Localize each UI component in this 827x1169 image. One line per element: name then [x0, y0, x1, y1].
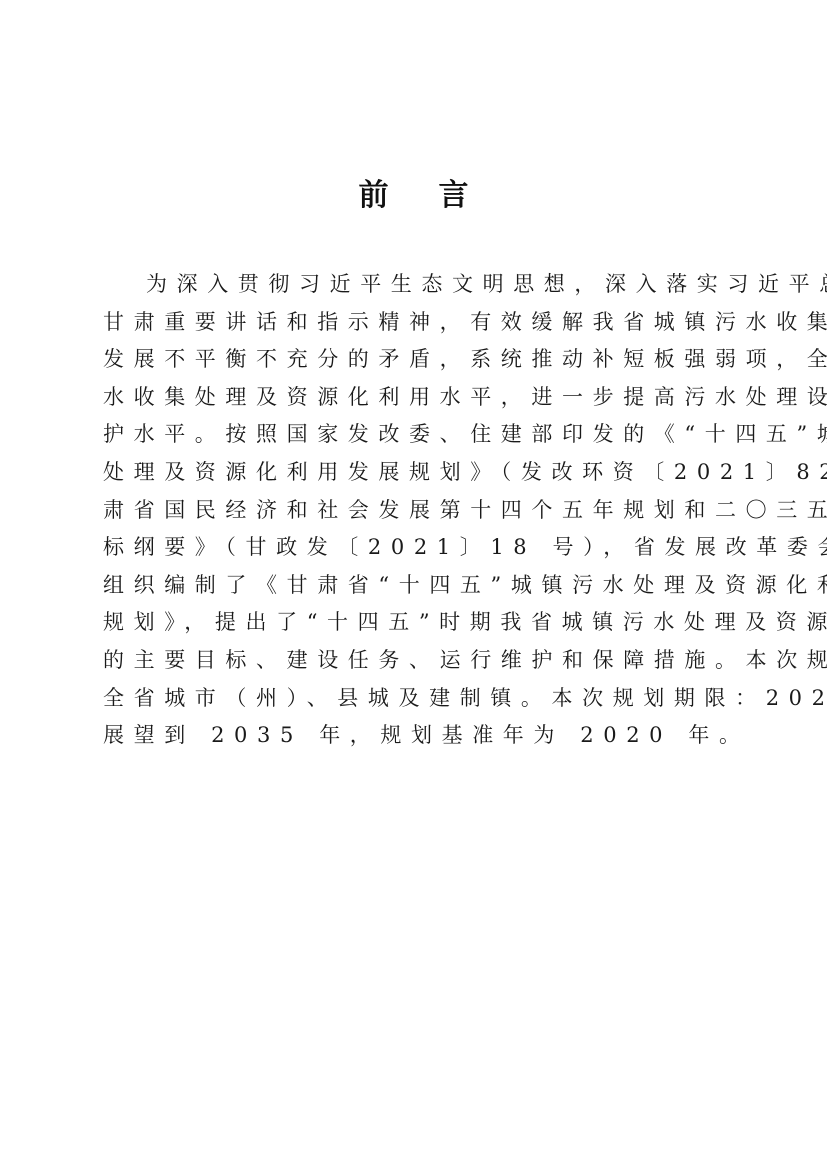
paragraph-line: 标纲要》（甘政发〔2021〕18 号），省发展改革委会同省住建厅	[103, 529, 733, 567]
paragraph-line: 肃省国民经济和社会发展第十四个五年规划和二〇三五年远景目	[103, 492, 733, 530]
paragraph-line: 规划》，提出了“十四五”时期我省城镇污水处理及资源化利用	[103, 604, 733, 642]
paragraph-line: 组织编制了《甘肃省“十四五”城镇污水处理及资源化利用发展	[103, 567, 733, 605]
paragraph-line: 为深入贯彻习近平生态文明思想，深入落实习近平总书记对	[103, 266, 733, 304]
paragraph-line: 护水平。按照国家发改委、住建部印发的《“十四五”城镇污水	[103, 416, 733, 454]
paragraph-line: 甘肃重要讲话和指示精神，有效缓解我省城镇污水收集处理设施	[103, 304, 733, 342]
paragraph-line: 的主要目标、建设任务、运行维护和保障措施。本次规划范围为	[103, 642, 733, 680]
paragraph-line: 处理及资源化利用发展规划》（发改环资〔2021〕827 号）和《甘	[103, 454, 733, 492]
document-page: 前言 为深入贯彻习近平生态文明思想，深入落实习近平总书记对 甘肃重要讲话和指示精…	[0, 0, 827, 1169]
title-char-2: 言	[439, 170, 469, 214]
preface-paragraph: 为深入贯彻习近平生态文明思想，深入落实习近平总书记对 甘肃重要讲话和指示精神，有…	[103, 266, 733, 755]
title-char-1: 前	[359, 170, 389, 214]
paragraph-line: 水收集处理及资源化利用水平，进一步提高污水处理设施运行维	[103, 379, 733, 417]
paragraph-line: 展望到 2035 年，规划基准年为 2020 年。	[103, 717, 733, 755]
paragraph-line: 全省城市（州）、县城及建制镇。本次规划期限：2021-2025 年，	[103, 680, 733, 718]
paragraph-line: 发展不平衡不充分的矛盾，系统推动补短板强弱项，全面提升污	[103, 341, 733, 379]
page-title: 前言	[0, 170, 827, 214]
